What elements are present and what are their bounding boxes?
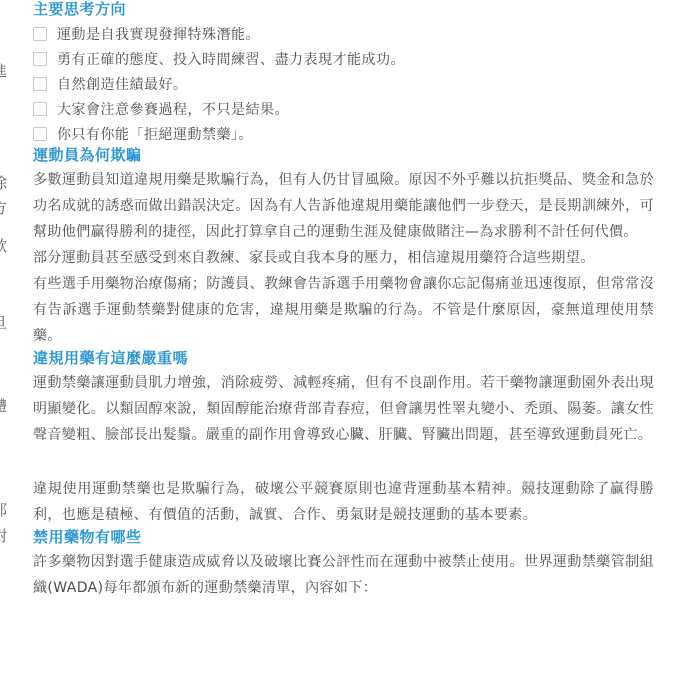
checklist-item: 大家會注意參賽過程，不只是結果。 [33, 96, 654, 121]
clipped-column-character: 那 [0, 501, 8, 519]
section-drug-severity: 違規用藥有這麼嚴重嗎 運動禁藥讓運動員肌力增強，消除疲勞、減輕疼痛，但有不良副作… [33, 349, 654, 448]
section-why-athletes-cheat: 運動員為何欺騙 多數運動員知道違規用藥是欺騙行為，但有人仍甘冒風險。原因不外乎難… [33, 146, 654, 349]
paragraph: 有些選手用藥物治療傷痛；防護員、教練會告訴選手用藥物會讓你忘記傷痛並迅速復原，但… [33, 271, 654, 349]
checkbox-icon[interactable] [33, 102, 47, 116]
checklist-item-label: 你只有你能「拒絕運動禁藥」。 [57, 124, 253, 144]
section-heading-severity: 違規用藥有這麼嚴重嗎 [33, 349, 654, 367]
checklist-item-label: 運動是自我實現發揮特殊潛能。 [57, 24, 260, 44]
clipped-column-character: 款 [0, 237, 8, 255]
checkbox-icon[interactable] [33, 52, 47, 66]
checklist-item-label: 自然創造佳績最好。 [57, 74, 188, 94]
checklist-item: 自然創造佳績最好。 [33, 71, 654, 96]
clipped-column-character: 進 [0, 62, 8, 80]
paragraph: 運動禁藥讓運動員肌力增強，消除疲勞、減輕疼痛，但有不良副作用。若干藥物讓運動園外… [33, 370, 654, 448]
paragraph: 許多藥物因對選手健康造成威脅以及破壞比賽公評性而在運動中被禁止使用。世界運動禁藥… [33, 549, 654, 601]
clipped-column-character: 體 [0, 397, 8, 415]
section-main-directions: 主要思考方向 運動是自我實現發揮特殊潛能。 勇有正確的態度、投入時間練習、盡力表… [33, 0, 654, 146]
clipped-column-character: 除 [0, 174, 8, 192]
section-heading-why-cheat: 運動員為何欺騙 [33, 146, 654, 164]
checklist-item-label: 勇有正確的態度、投入時間練習、盡力表現才能成功。 [57, 49, 405, 69]
document-content: 主要思考方向 運動是自我實現發揮特殊潛能。 勇有正確的態度、投入時間練習、盡力表… [33, 0, 654, 601]
paragraph: 部分運動員甚至感受到來自教練、家長或自我本身的壓力，相信違規用藥符合這些期望。 [33, 245, 654, 271]
paragraph: 多數運動員知道違規用藥是欺騙行為，但有人仍甘冒風險。原因不外乎難以抗拒獎品、獎金… [33, 167, 654, 245]
document-page: 進 除 方 款 旦 體 那 對 主要思考方向 運動是自我實現發揮特殊潛能。 勇有… [0, 0, 683, 680]
checklist-item: 運動是自我實現發揮特殊潛能。 [33, 21, 654, 46]
checkbox-icon[interactable] [33, 77, 47, 91]
directions-checklist: 運動是自我實現發揮特殊潛能。 勇有正確的態度、投入時間練習、盡力表現才能成功。 … [33, 21, 654, 146]
section-heading-banned-list: 禁用藥物有哪些 [33, 528, 654, 546]
paragraph-fair-play: 違規使用運動禁藥也是欺騙行為，破壞公平競賽原則也違背運動基本精神。競技運動除了贏… [33, 476, 654, 528]
clipped-column-character: 方 [0, 199, 8, 217]
clipped-column-character: 旦 [0, 314, 8, 332]
checkbox-icon[interactable] [33, 27, 47, 41]
clipped-column-character: 對 [0, 527, 8, 545]
section-banned-substances: 禁用藥物有哪些 許多藥物因對選手健康造成威脅以及破壞比賽公評性而在運動中被禁止使… [33, 528, 654, 601]
checklist-item: 勇有正確的態度、投入時間練習、盡力表現才能成功。 [33, 46, 654, 71]
checklist-item: 你只有你能「拒絕運動禁藥」。 [33, 121, 654, 146]
section-heading-main-directions: 主要思考方向 [33, 0, 654, 18]
checklist-item-label: 大家會注意參賽過程，不只是結果。 [57, 99, 289, 119]
checkbox-icon[interactable] [33, 127, 47, 141]
